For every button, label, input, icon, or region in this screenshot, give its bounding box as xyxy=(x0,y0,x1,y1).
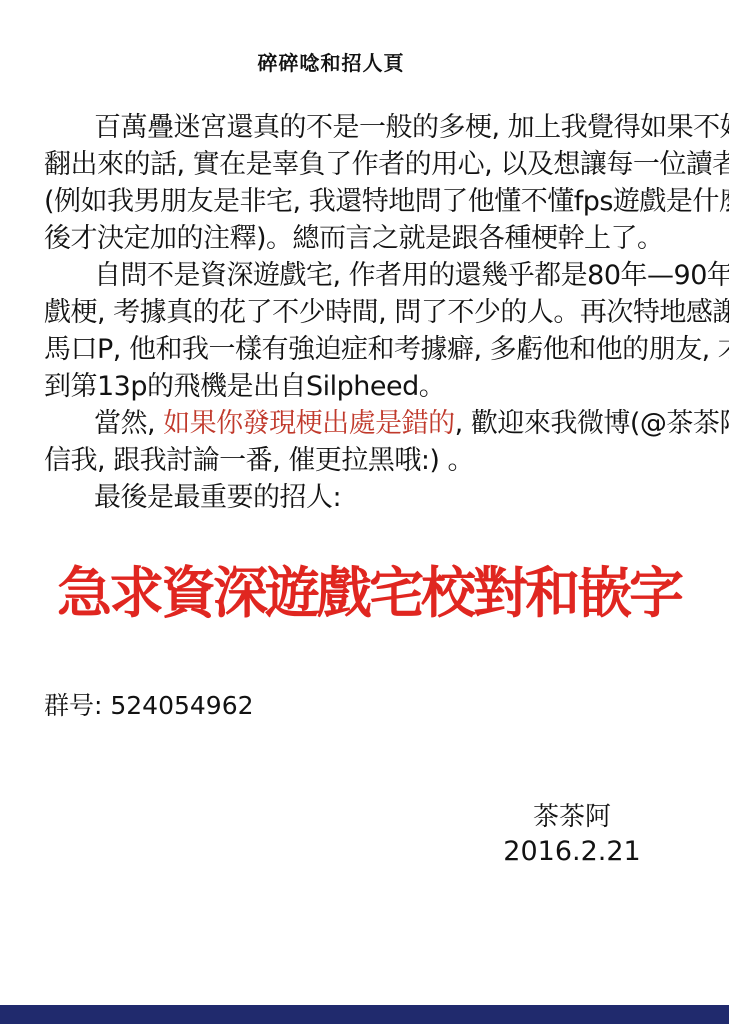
paragraph-line: 到第13p的飛機是出自Silpheed。 xyxy=(44,368,704,405)
paragraph-line: 翻出來的話, 實在是辜負了作者的用心, 以及想讓每一位讀者看懂 xyxy=(44,146,704,183)
text-segment: , 歡迎來我微博(@茶茶阿)私 xyxy=(455,408,729,439)
paragraph-line: 馬口P, 他和我一樣有強迫症和考據癖, 多虧他和他的朋友, 才能找 xyxy=(44,331,704,368)
paragraph-line: 自問不是資深遊戲宅, 作者用的還幾乎都是80年—90年的遊 xyxy=(44,257,704,294)
signature-block: 茶茶阿 2016.2.21 xyxy=(462,796,682,867)
paragraph-line: (例如我男朋友是非宅, 我還特地問了他懂不懂fps遊戲是什麼, 最 xyxy=(44,183,704,220)
signature-name: 茶茶阿 xyxy=(462,796,682,836)
text-segment: 當然, xyxy=(94,408,163,439)
paragraph-line: 當然, 如果你發現梗出處是錯的, 歡迎來我微博(@茶茶阿)私 xyxy=(44,405,704,442)
qq-group-number: 群号: 524054962 xyxy=(44,686,254,722)
page-title: 碎碎唸和招人頁 xyxy=(0,47,662,76)
signature-date: 2016.2.21 xyxy=(462,836,682,867)
paragraph-line: 百萬疊迷宮還真的不是一般的多梗, 加上我覺得如果不好好 xyxy=(44,109,704,146)
recruit-headline: 急求資深遊戲宅校對和嵌字 xyxy=(57,549,672,628)
paragraph-line: 戲梗, 考據真的花了不少時間, 問了不少的人。再次特地感謝校對 xyxy=(44,294,704,331)
paragraph-line: 後才決定加的注釋)。總而言之就是跟各種梗幹上了。 xyxy=(44,220,704,257)
credits-page: 碎碎唸和招人頁 百萬疊迷宮還真的不是一般的多梗, 加上我覺得如果不好好 翻出來的… xyxy=(0,0,729,1024)
body-text: 百萬疊迷宮還真的不是一般的多梗, 加上我覺得如果不好好 翻出來的話, 實在是辜負… xyxy=(44,109,704,516)
footer-bar xyxy=(0,1005,729,1024)
highlighted-text: 如果你發現梗出處是錯的 xyxy=(163,408,455,439)
paragraph-line: 信我, 跟我討論一番, 催更拉黑哦:) 。 xyxy=(44,442,704,479)
paragraph-line: 最後是最重要的招人: xyxy=(44,479,704,516)
